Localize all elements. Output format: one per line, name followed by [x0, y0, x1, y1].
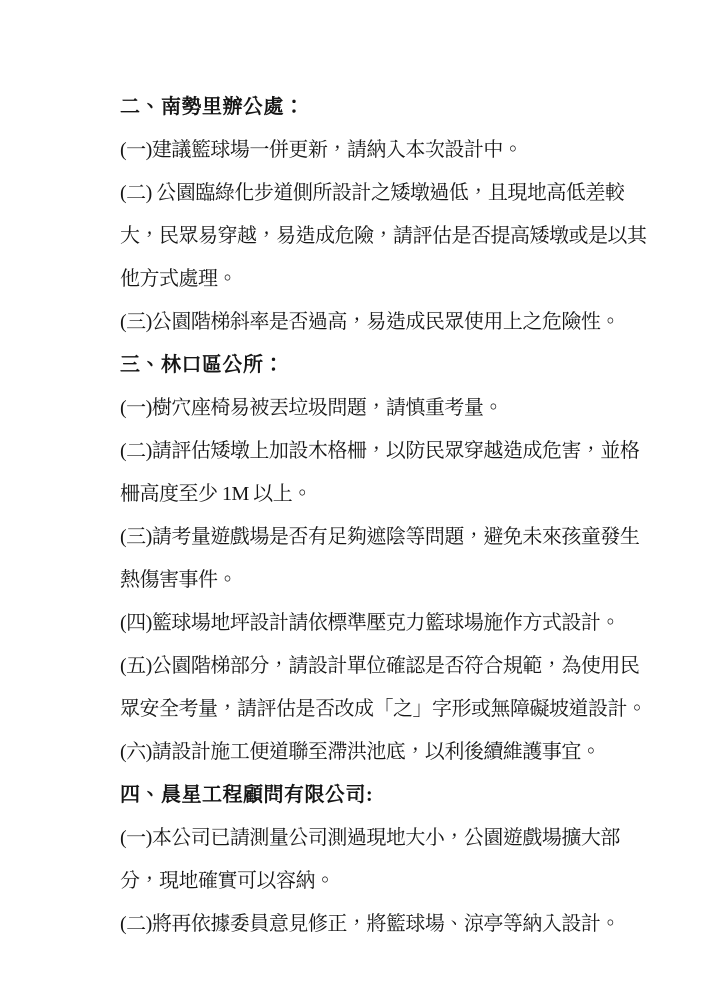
document-line: 柵高度至少 1M 以上。: [120, 473, 665, 516]
document-line: (二) 公園臨綠化步道側所設計之矮墩過低，且現地高低差較: [120, 172, 665, 215]
section-heading: 二、南勢里辦公處：: [120, 86, 665, 129]
document-line: (三)請考量遊戲場是否有足夠遮陰等問題，避免未來孩童發生: [120, 516, 665, 559]
document-line: (六)請設計施工便道聯至滯洪池底，以利後續維護事宜。: [120, 731, 665, 774]
document-line: 大，民眾易穿越，易造成危險，請評估是否提高矮墩或是以其: [120, 215, 665, 258]
document-line: (一)建議籃球場一併更新，請納入本次設計中。: [120, 129, 665, 172]
document-line: (二)將再依據委員意見修正，將籃球場、涼亭等納入設計。: [120, 903, 665, 946]
document-line: (五)公園階梯部分，請設計單位確認是否符合規範，為使用民: [120, 645, 665, 688]
document-line: 他方式處理。: [120, 258, 665, 301]
document-line: 熱傷害事件。: [120, 559, 665, 602]
document-line: (一)本公司已請測量公司測過現地大小，公園遊戲場擴大部: [120, 817, 665, 860]
section-heading: 四、晨星工程顧問有限公司:: [120, 774, 665, 817]
document-line: (四)籃球場地坪設計請依標準壓克力籃球場施作方式設計。: [120, 602, 665, 645]
document-line: (二)請評估矮墩上加設木格柵，以防民眾穿越造成危害，並格: [120, 430, 665, 473]
document-line: (三)公園階梯斜率是否過高，易造成民眾使用上之危險性。: [120, 301, 665, 344]
document-text-block: 二、南勢里辦公處：(一)建議籃球場一併更新，請納入本次設計中。(二) 公園臨綠化…: [120, 86, 665, 946]
document-line: 分，現地確實可以容納。: [120, 860, 665, 903]
section-heading: 三、林口區公所：: [120, 344, 665, 387]
document-page: 二、南勢里辦公處：(一)建議籃球場一併更新，請納入本次設計中。(二) 公園臨綠化…: [0, 0, 707, 1000]
document-line: (一)樹穴座椅易被丟垃圾問題，請慎重考量。: [120, 387, 665, 430]
document-line: 眾安全考量，請評估是否改成「之」字形或無障礙坡道設計。: [120, 688, 665, 731]
